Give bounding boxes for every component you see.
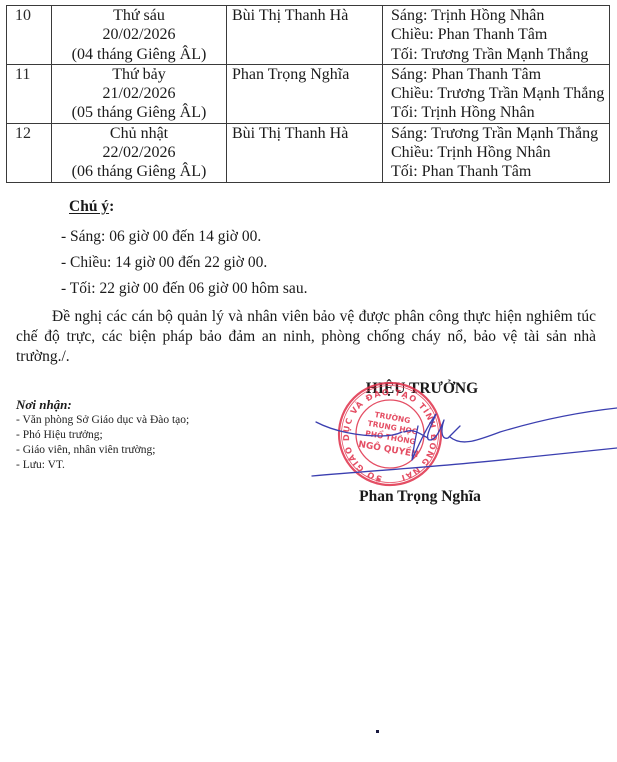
date-cell: Thứ sáu 20/02/2026 (04 tháng Giêng ÂL) [52, 6, 227, 65]
leader-on-duty: Bùi Thị Thanh Hà [227, 123, 383, 182]
leader-on-duty: Bùi Thị Thanh Hà [227, 6, 383, 65]
svg-text:PHỔ THÔNG: PHỔ THÔNG [365, 428, 417, 447]
stamp-outer-text: SỞ GIÁO DỤC VÀ ĐÀO TẠO TỈNH ĐỒNG NAI [341, 387, 441, 484]
lunar-date: (04 tháng Giêng ÂL) [56, 45, 222, 64]
shift-afternoon: Chiều: Phan Thanh Tâm [391, 25, 605, 44]
staff-shifts-cell: Sáng: Phan Thanh Tâm Chiều: Trương Trần … [383, 64, 610, 123]
weekday: Thứ sáu [56, 6, 222, 25]
request-paragraph: Đề nghị các cán bộ quản lý và nhân viên … [16, 307, 596, 367]
note-item-morning: - Sáng: 06 giờ 00 đến 14 giờ 00. [61, 228, 261, 246]
table-row: 12 Chủ nhật 22/02/2026 (06 tháng Giêng Â… [7, 123, 610, 182]
solar-date: 20/02/2026 [56, 25, 222, 44]
lunar-date: (06 tháng Giêng ÂL) [56, 162, 222, 181]
shift-morning: Sáng: Trịnh Hồng Nhân [391, 6, 605, 25]
table-row: 10 Thứ sáu 20/02/2026 (04 tháng Giêng ÂL… [7, 6, 610, 65]
row-number: 10 [7, 6, 52, 65]
svg-text:NGÔ QUYỀN: NGÔ QUYỀN [358, 437, 420, 460]
notes-heading: Chú ý: [69, 198, 114, 216]
recipient-item: - Giáo viên, nhân viên trường; [16, 443, 189, 458]
shift-afternoon: Chiều: Trương Trần Mạnh Thắng [391, 84, 605, 103]
note-item-afternoon: - Chiều: 14 giờ 00 đến 22 giờ 00. [61, 254, 267, 272]
weekday: Thứ bảy [56, 65, 222, 84]
signer-name: Phan Trọng Nghĩa [340, 488, 500, 506]
duty-roster-table: 10 Thứ sáu 20/02/2026 (04 tháng Giêng ÂL… [6, 5, 610, 183]
solar-date: 22/02/2026 [56, 143, 222, 162]
shift-night: Tối: Trương Trần Mạnh Thắng [391, 45, 605, 64]
lunar-date: (05 tháng Giêng ÂL) [56, 103, 222, 122]
recipients-block: Nơi nhận: - Văn phòng Sở Giáo dục và Đào… [16, 397, 189, 473]
staff-shifts-cell: Sáng: Trương Trần Mạnh Thắng Chiều: Trịn… [383, 123, 610, 182]
table-row: 11 Thứ bảy 21/02/2026 (05 tháng Giêng ÂL… [7, 64, 610, 123]
row-number: 12 [7, 123, 52, 182]
svg-text:TRƯỜNG: TRƯỜNG [374, 410, 411, 425]
shift-morning: Sáng: Phan Thanh Tâm [391, 65, 605, 84]
scan-speck [376, 730, 379, 733]
date-cell: Chủ nhật 22/02/2026 (06 tháng Giêng ÂL) [52, 123, 227, 182]
shift-afternoon: Chiều: Trịnh Hồng Nhân [391, 143, 605, 162]
svg-text:★: ★ [374, 475, 381, 484]
note-item-night: - Tối: 22 giờ 00 đến 06 giờ 00 hôm sau. [61, 280, 307, 298]
date-cell: Thứ bảy 21/02/2026 (05 tháng Giêng ÂL) [52, 64, 227, 123]
signer-title: HIỆU TRƯỞNG [352, 380, 492, 398]
shift-night: Tối: Phan Thanh Tâm [391, 162, 605, 181]
recipient-item: - Lưu: VT. [16, 458, 189, 473]
shift-morning: Sáng: Trương Trần Mạnh Thắng [391, 124, 605, 143]
recipient-item: - Văn phòng Sở Giáo dục và Đào tạo; [16, 413, 189, 428]
recipient-item: - Phó Hiệu trưởng; [16, 428, 189, 443]
row-number: 11 [7, 64, 52, 123]
shift-night: Tối: Trịnh Hồng Nhân [391, 103, 605, 122]
staff-shifts-cell: Sáng: Trịnh Hồng Nhân Chiều: Phan Thanh … [383, 6, 610, 65]
svg-text:TRUNG HỌC: TRUNG HỌC [367, 419, 418, 437]
recipients-title: Nơi nhận: [16, 397, 189, 413]
solar-date: 21/02/2026 [56, 84, 222, 103]
leader-on-duty: Phan Trọng Nghĩa [227, 64, 383, 123]
weekday: Chủ nhật [56, 124, 222, 143]
